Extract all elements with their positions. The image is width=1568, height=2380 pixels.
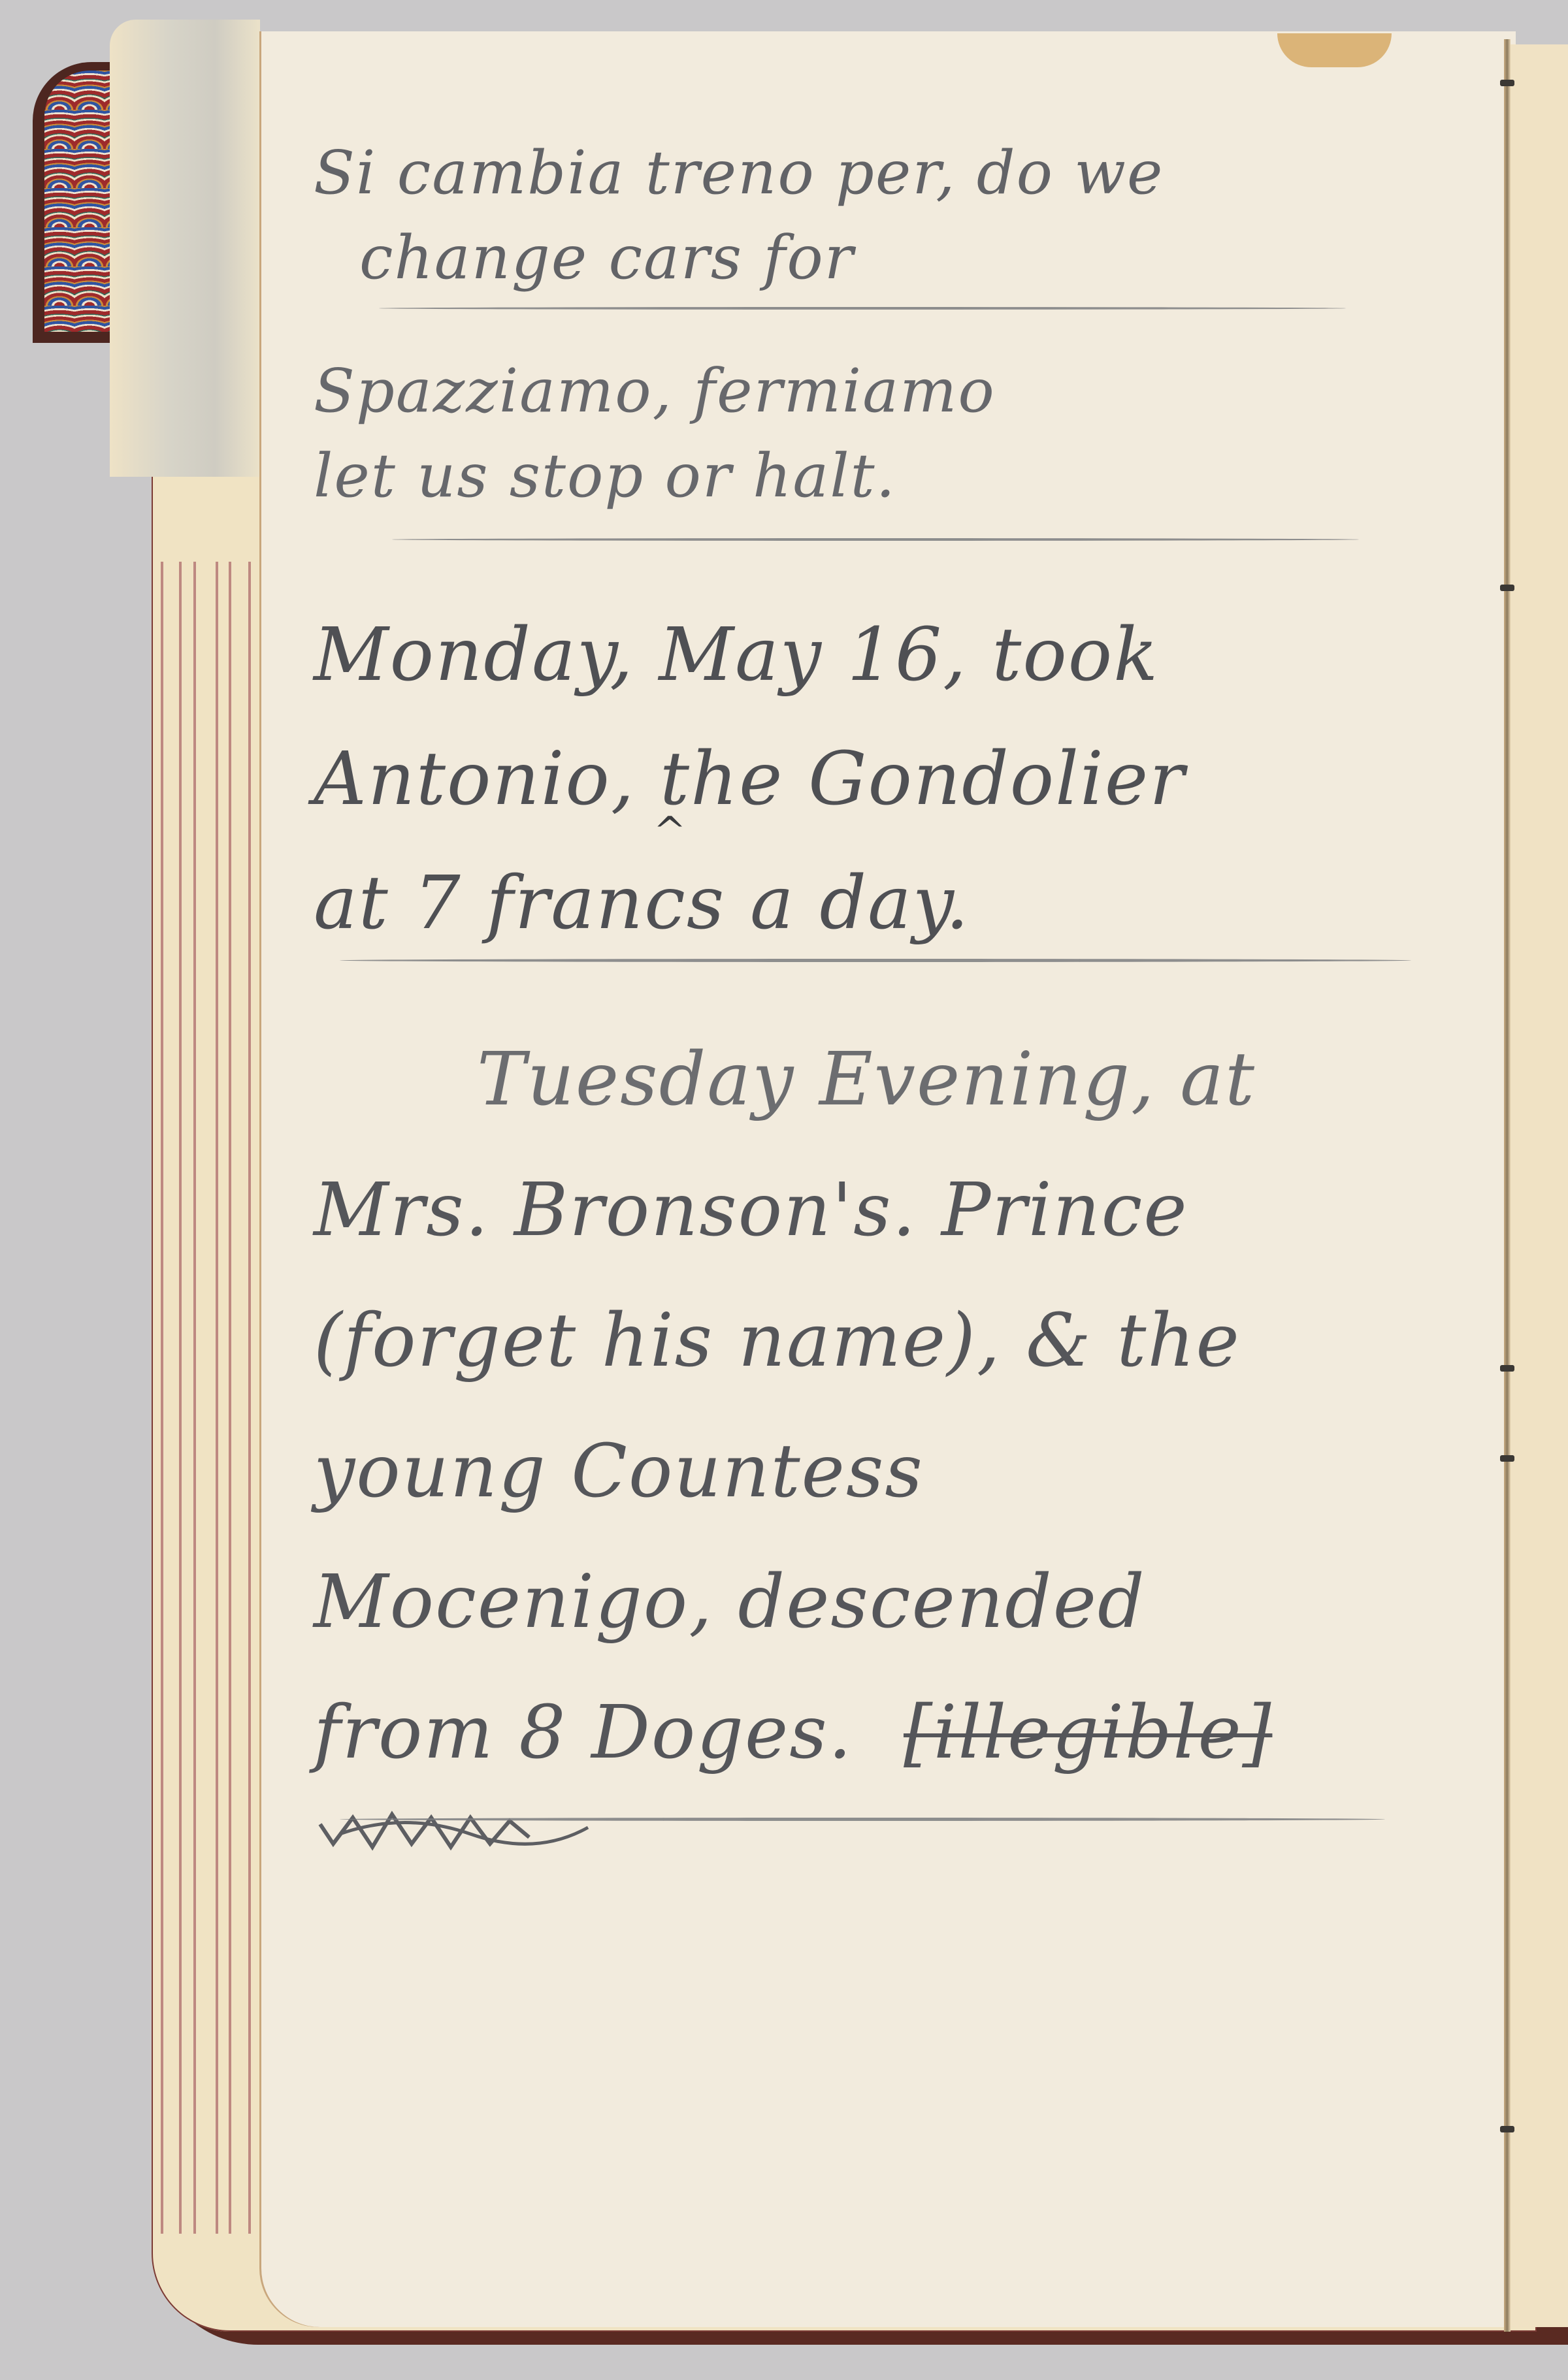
handwritten-line: Tuesday Evening, at — [314, 1014, 1490, 1145]
handwritten-line: from 8 Doges. [illegible] — [314, 1667, 1490, 1798]
page-edge-line — [161, 562, 163, 2234]
handwritten-line: Antonio, the Gondolier — [314, 717, 1490, 841]
handwritten-line: Spazziamo, fermiamo — [314, 349, 1490, 434]
worn-page-corner — [110, 20, 260, 477]
handwritten-line: (forget his name), & the — [314, 1276, 1490, 1406]
note-entry-monday-gondolier: Monday, May 16, took Antonio, the Gondol… — [314, 593, 1490, 962]
binding-stitch — [1500, 80, 1514, 86]
handwritten-line: change cars for — [314, 216, 1490, 300]
page-edge-line — [179, 562, 182, 2234]
handwritten-notes: Si cambia treno per, do we change cars f… — [314, 131, 1490, 1821]
scribble-mark — [314, 1798, 706, 1857]
handwritten-line: young Countess — [314, 1406, 1490, 1537]
underline — [379, 307, 1346, 310]
insertion-caret: ^ — [653, 809, 686, 854]
handwritten-line: at 7 francs a day. — [314, 841, 1490, 965]
binding-gutter — [1504, 39, 1511, 2332]
note-entry-phrase-change-cars: Si cambia treno per, do we change cars f… — [314, 131, 1490, 310]
underline — [340, 1818, 1385, 1821]
handwritten-line: Si cambia treno per, do we — [314, 131, 1490, 216]
binding-stitch — [1500, 2126, 1514, 2132]
page-edge-line — [216, 562, 218, 2234]
note-entry-phrase-stop: Spazziamo, fermiamo let us stop or halt. — [314, 349, 1490, 541]
handwritten-text: from 8 Doges. — [314, 1690, 853, 1775]
struck-out-word: [illegible] — [904, 1690, 1272, 1775]
page-edge-line — [193, 562, 196, 2234]
binding-stitch — [1500, 585, 1514, 591]
underline — [392, 538, 1359, 541]
handwritten-line: Monday, May 16, took — [314, 593, 1490, 717]
binding-stitch — [1500, 1455, 1514, 1462]
handwritten-line: let us stop or halt. — [314, 434, 1490, 519]
note-entry-tuesday-evening: Tuesday Evening, at Mrs. Bronson's. Prin… — [314, 1014, 1490, 1821]
water-stain — [1277, 33, 1392, 67]
handwritten-line: Mrs. Bronson's. Prince — [314, 1145, 1490, 1276]
page-edge-line — [248, 562, 251, 2234]
underline — [340, 959, 1411, 962]
page-edge-line — [229, 562, 231, 2234]
handwritten-line: Mocenigo, descended — [314, 1537, 1490, 1667]
binding-stitch — [1500, 1365, 1514, 1372]
facing-page — [1511, 44, 1568, 2327]
